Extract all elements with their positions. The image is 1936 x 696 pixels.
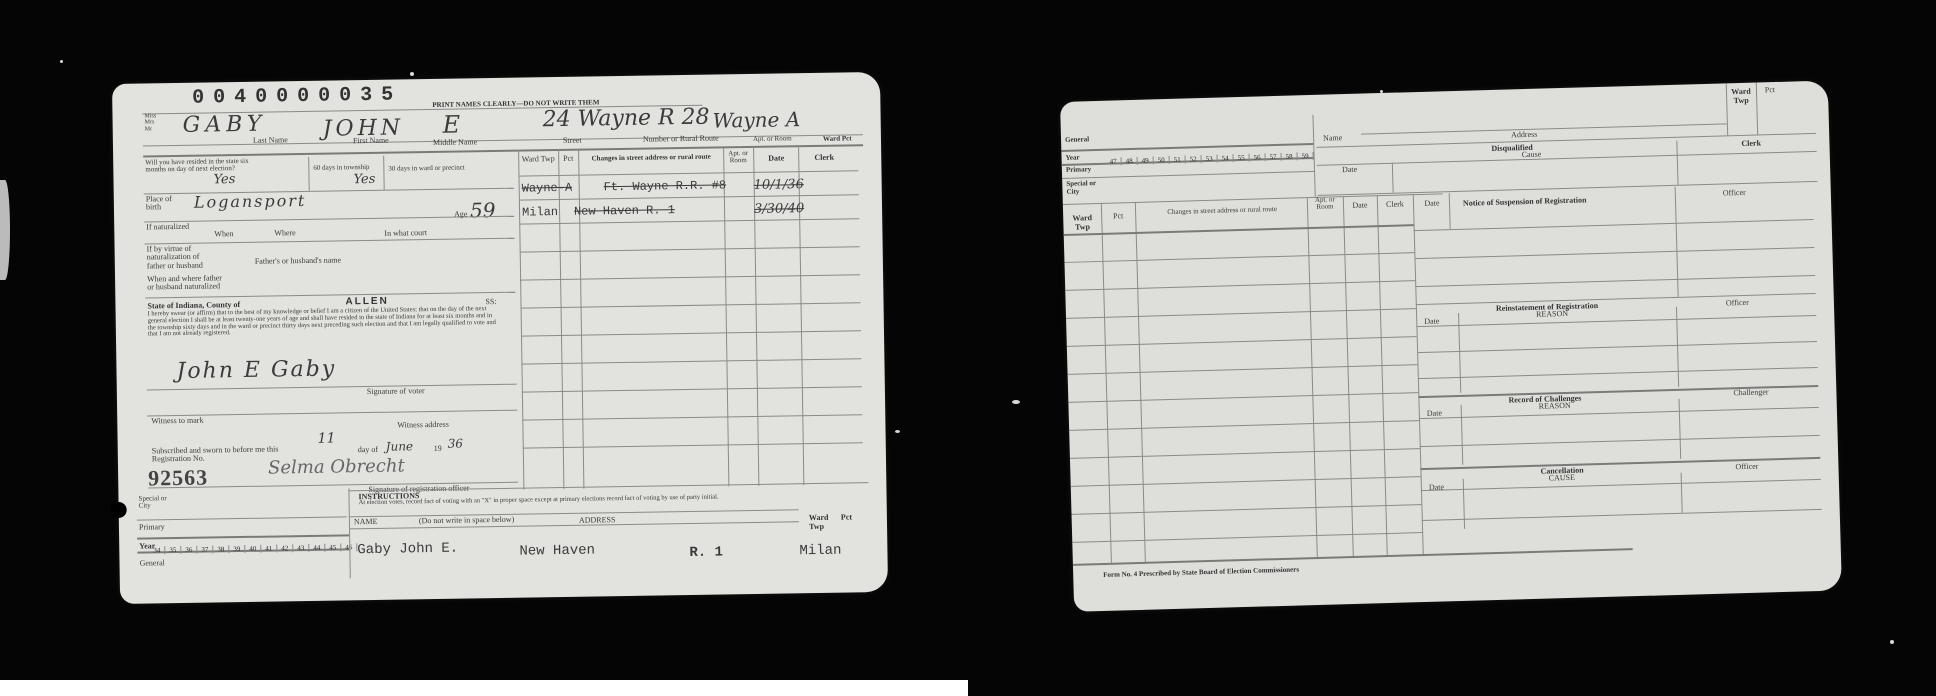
county-value: ALLEN [345,296,389,308]
naturalized-label: If naturalized [146,223,196,232]
typed-route: R. 1 [689,544,723,561]
back-col-clerk: Clerk [1378,200,1412,209]
voter-signature: John E Gaby [176,357,336,385]
footer-ward-label: Ward Twp [809,513,837,531]
back-year-label: Year [1065,153,1079,161]
birthplace-label: Place of birth [146,195,186,212]
col-ward-twp: Ward Twp [519,155,557,164]
typed-ward: Milan [799,543,841,560]
dust-speck [410,72,414,76]
naturalized-court-label: In what court [384,229,427,238]
back-col-date: Date [1344,201,1376,210]
first-name-label: First Name [353,137,389,146]
dust-speck [60,60,63,63]
row2-ward: Milan [522,205,558,220]
suspension-officer-label: Officer [1723,189,1746,198]
street-label: Street [563,137,582,146]
cancellation-date-label: Date [1429,483,1444,492]
challenges-reason-label: REASON [1539,402,1571,411]
number-label: Number or Rural Route [643,134,719,144]
birthplace-value: Logansport [194,191,307,212]
oath-text: I hereby swear (or affirm) that to the b… [148,306,498,339]
col-changes: Changes in street address or rural route [579,152,723,162]
back-col-apt: Apt. or Room [1308,196,1342,212]
row1-change: Ft. Wayne R.R. #8 [604,178,727,194]
when-where-label: When and where father or husband natural… [147,274,227,292]
last-name-value: GABY [182,112,266,138]
voter-signature-label: Signature of voter [367,387,425,396]
challenger-label: Challenger [1733,388,1768,397]
by-virtue-label: If by virtue of naturalization of father… [147,244,217,270]
residency-question: Will you have resided in the state six m… [145,158,255,174]
back-address-label: Address [1511,131,1537,140]
back-col-ward: Ward Twp [1065,213,1099,232]
cancellation-cause-label: CAUSE [1549,474,1575,483]
age-value: 59 [470,198,496,222]
officer-signature: Selma Obrecht [268,455,405,478]
col-pct: Pct [559,155,577,164]
back-clerk-label: Clerk [1741,138,1761,148]
general-label: General [139,559,164,568]
back-col-changes: Changes in street address or rural route [1137,205,1307,217]
dust-speck [1012,400,1020,404]
row2-change: New Haven R. 1 [574,203,675,219]
typed-address: New Haven [519,542,595,559]
back-pct-label: Pct [1758,86,1782,95]
footer-pct-label: Pct [841,512,852,521]
last-name-label: Last Name [253,136,288,145]
row1-ward: Wayne-A [522,181,573,196]
naturalized-where-label: Where [274,229,295,238]
front-year-row: 34353637383940414243444546 [149,536,357,557]
naturalized-when-label: When [214,230,233,239]
middle-name-value: E [442,111,460,139]
ward-residency-label: 30 days in ward or precinct [388,164,468,173]
do-not-write-label: (Do not write in space below) [419,516,514,526]
edge-card-fragment [0,180,10,280]
punch-hole [111,502,127,518]
middle-name-label: Middle Name [433,138,477,147]
sworn-day: 11 [317,431,335,447]
residency-answer: Yes [213,172,235,187]
township-answer: Yes [353,172,375,187]
typed-name: Gaby John E. [357,541,458,559]
col-clerk: Clerk [799,152,849,162]
serial-number: 0040000035 [192,83,402,109]
day-of-label: day of [358,446,378,455]
year-prefix: 19 [434,445,442,454]
sworn-month: June [386,439,414,453]
form-footer: Form No. 4 Prescribed by State Board of … [1103,566,1299,579]
disqualified-date-label: Date [1342,166,1357,175]
reinstatement-officer-label: Officer [1726,299,1749,308]
dust-speck [1890,640,1894,644]
ward-label: Ward Pct [823,134,852,142]
apt-label: Apt. or Room [753,135,792,143]
suspension-title: Notice of Suspension of Registration [1463,195,1587,207]
registration-no-label: Registration No. [152,455,205,464]
col-date: Date [754,153,798,163]
cancellation-officer-label: Officer [1735,463,1758,472]
salutation-list: Miss Mrs Mr [144,113,156,132]
row2-date: 3/30/40 [754,201,804,217]
special-city-label: Special or City [138,495,178,510]
registration-card-front: 0040000035 PRINT NAMES CLEARLY—DO NOT WR… [112,72,888,604]
back-primary-label: Primary [1066,165,1091,174]
back-special-label: Special or City [1066,179,1102,196]
ward-handwritten: Wayne A [712,107,800,132]
name-label: NAME [354,518,378,527]
age-label: Age [454,210,467,219]
witness-address-label: Witness address [397,421,449,430]
bottom-white-band [0,680,968,696]
back-name-label: Name [1323,134,1342,143]
back-col-pct: Pct [1102,212,1134,221]
sworn-year: 36 [448,437,463,451]
witness-label: Witness to mark [151,417,203,426]
registration-card-back: Ward Twp Pct Address Name Disqualified C… [1060,81,1842,612]
reinstatement-reason-label: REASON [1536,310,1568,319]
instructions-text: At election votes, record fact of voting… [359,492,859,507]
dust-speck [895,430,900,433]
street-handwritten: 24 Wayne R 28 [542,105,709,133]
back-ward-label: Ward Twp [1727,87,1755,106]
col-apt: Apt. or Room [724,150,752,165]
suspension-date-label: Date [1415,199,1449,208]
row1-date: 10/1/36 [754,177,804,193]
primary-label: Primary [139,523,165,532]
back-general-label: General [1065,135,1089,144]
father-name-label: Father's or husband's name [255,256,341,266]
